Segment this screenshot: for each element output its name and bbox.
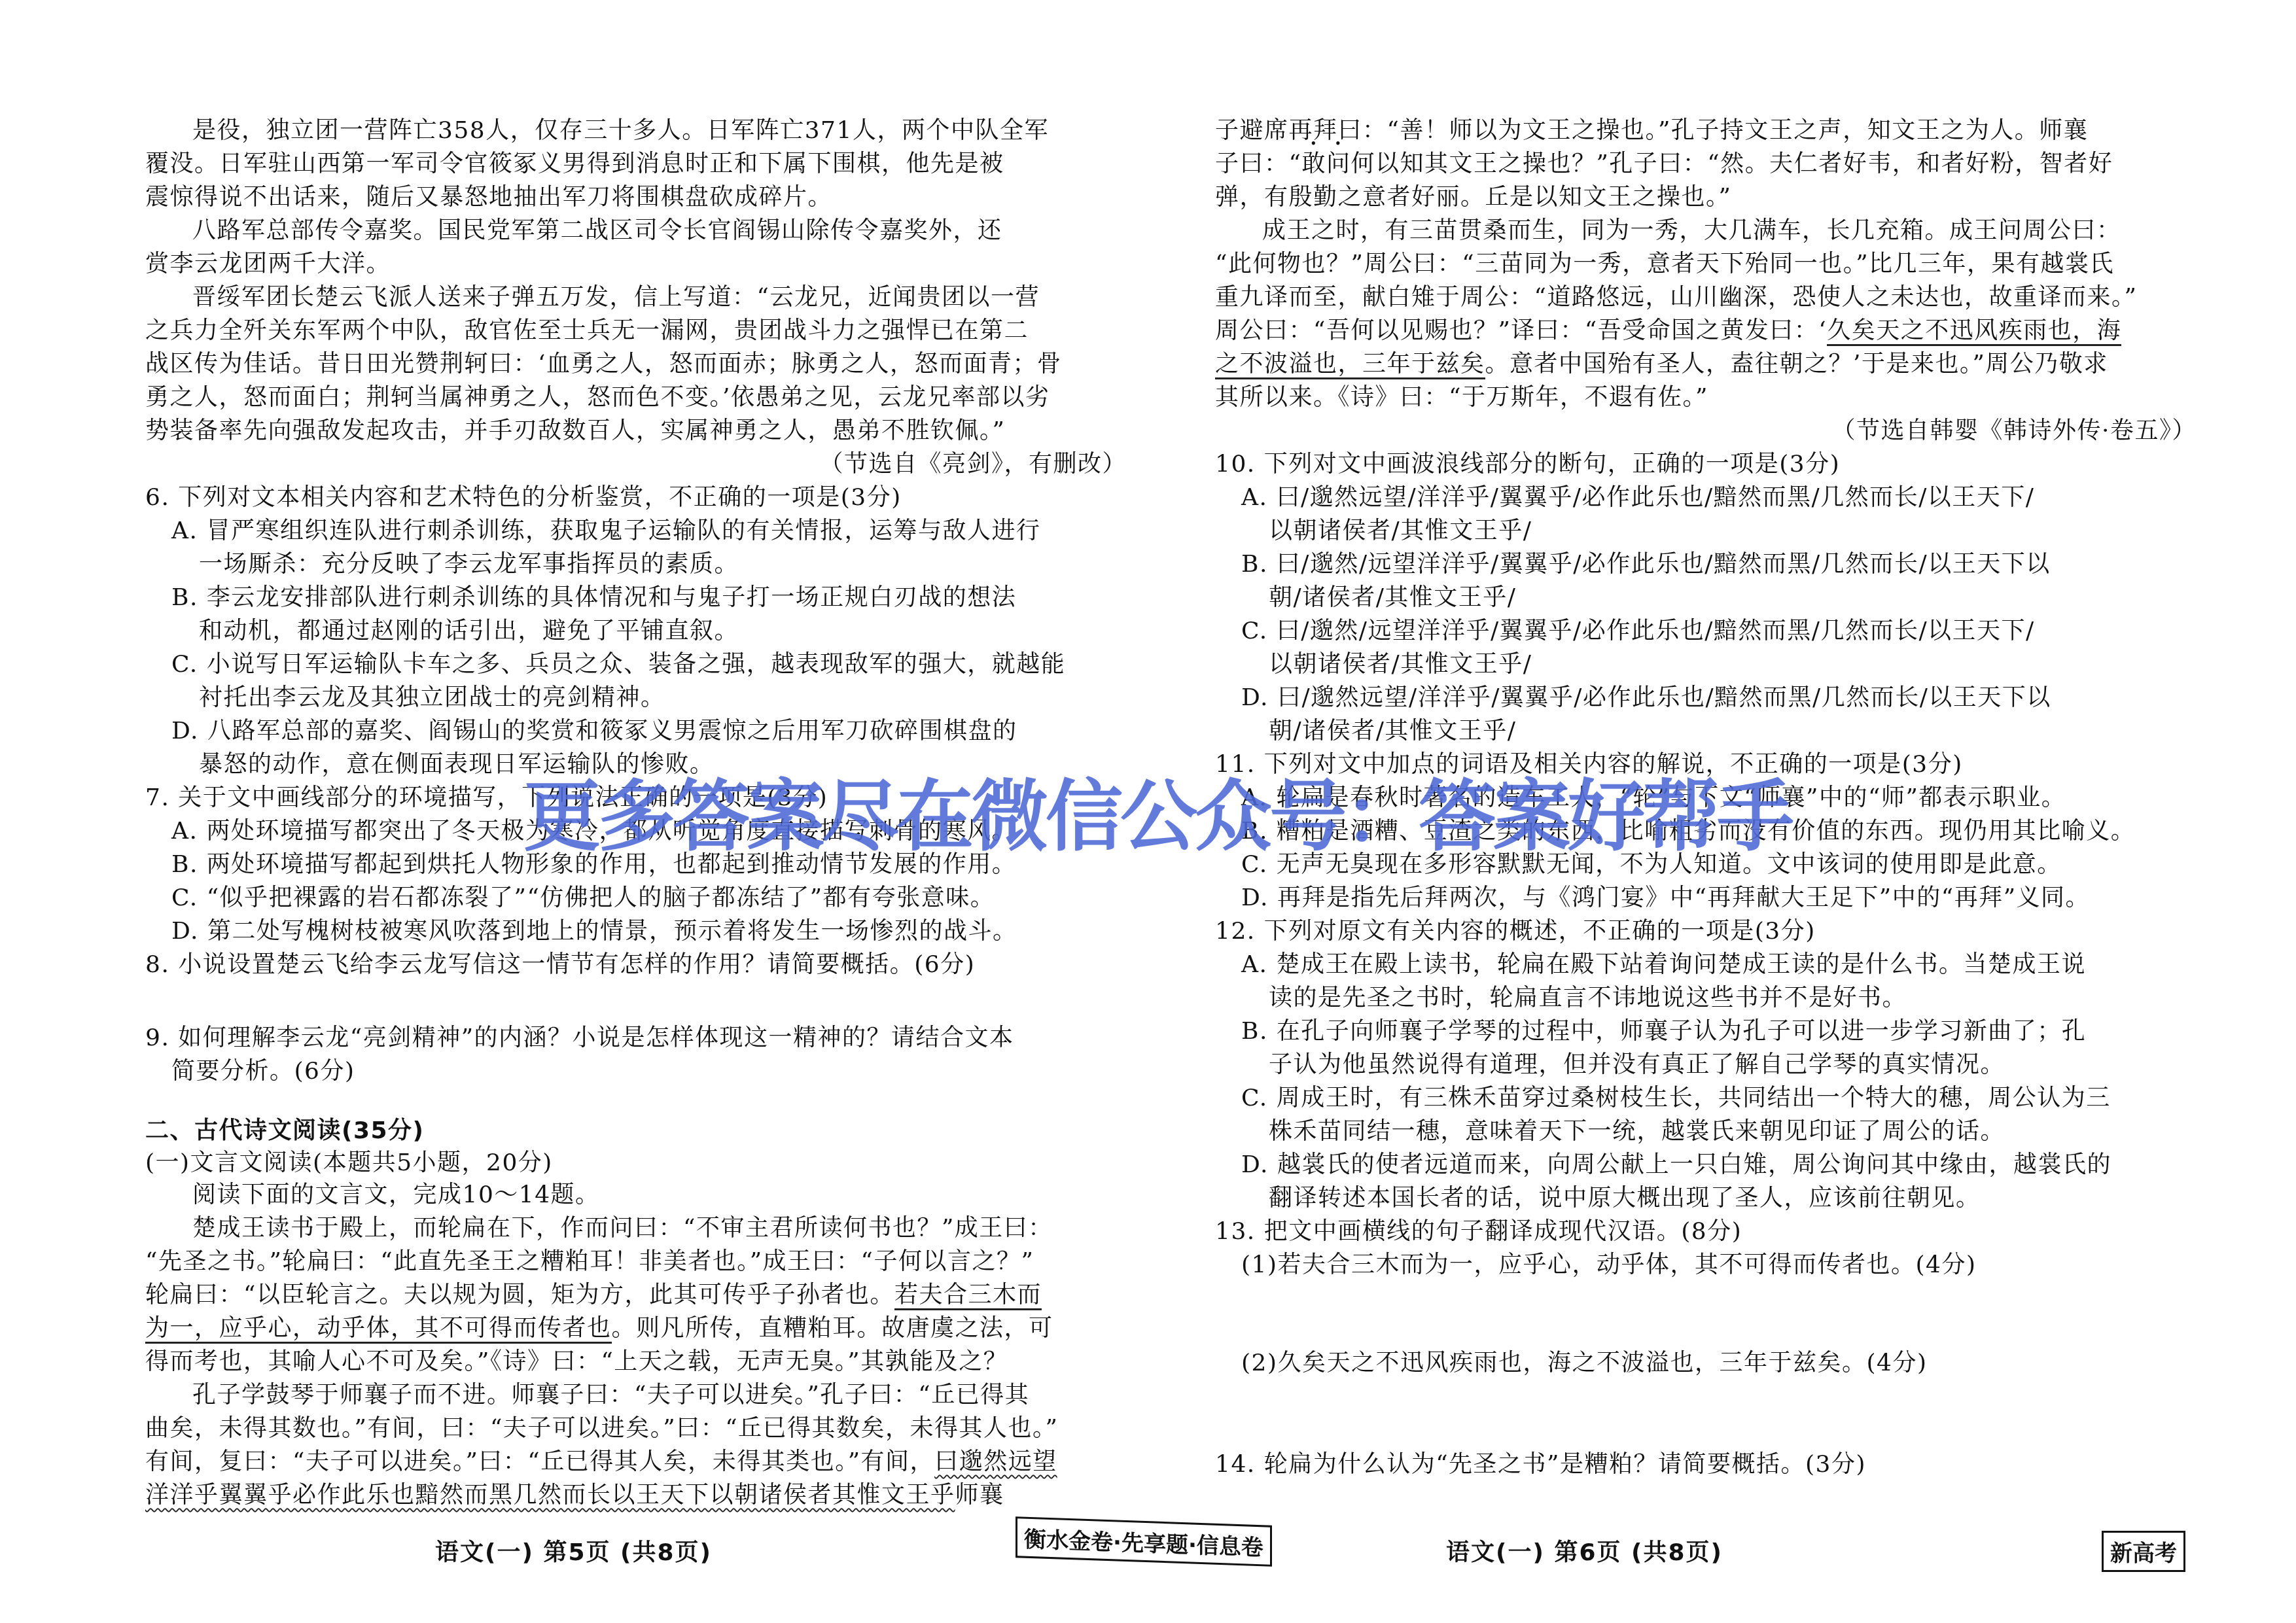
classical-line: 为一，应乎心，动乎体，其不可得而传者也。则凡所传，直糟粕耳。故唐虞之法，可 [145,1313,1053,1344]
section-title: 二、古代诗文阅读(35分) [145,1115,425,1147]
question-10-option-d: D. 曰/邈然远望/洋洋乎/翼翼乎/必作此乐也/黯然而黑/几然而长/以王天下以 [1215,682,2051,714]
classical-line: “此何物也？”周公曰：“三苗同为一秀，意者天下殆同一也。”比几三年，果有越裳氏 [1215,249,2114,280]
dotted-word: 敢 [1301,150,1326,177]
question-12-option-a: A. 楚成王在殿上读书，轮扁在殿下站着询问楚成王读的是什么书。当楚成王说 [1215,949,2086,981]
classical-text: 子曰：“ [1215,150,1301,177]
question-11-option-d: D. 再拜是指先后拜两次，与《鸿门宴》中“再拜献大王足下”中的“再拜”义同。 [1215,882,2090,914]
passage-source: （节选自《亮剑》，有删改） [819,449,1127,480]
classical-text: 师襄 [955,1482,1004,1509]
passage-line: 覆没。日军驻山西第一军司令官筱冢义男得到消息时正和下属下围棋，他先是被 [145,148,1004,180]
classical-text: 有间，复曰：“夫子可以进矣。”曰：“丘已得其人矣，未得其类也。”有间， [145,1448,934,1475]
classical-line: 之不波溢也，三年于兹矣。意者中国殆有圣人，盍往朝之？’于是来也。”周公乃敬求 [1215,349,2108,380]
question-6-option-a-cont: 一场厮杀：充分反映了李云龙军事指挥员的素质。 [145,549,739,580]
section-subtitle: (一)文言文阅读(本题共5小题，20分) [145,1147,553,1179]
passage-line: 是役，独立团一营阵亡358人，仅存三十多人。日军阵亡371人，两个中队全军 [145,115,1049,147]
page-footer-right: 语文(一) 第6页 (共8页) [1446,1534,1723,1567]
passage-line: 势装备率先向强敌发起攻击，并手刃敌数百人，实属神勇之人，愚弟不胜钦佩。” [145,415,1005,447]
classical-line: 成王之时，有三苗贯桑而生，同为一秀，大几满车，长几充箱。成王问周公曰： [1215,215,2121,247]
question-10-option-a-cont: 以朝诸侯者/其惟文王乎/ [1215,515,1532,547]
question-10-stem: 10. 下列对文中画波浪线部分的断句，正确的一项是(3分) [1215,449,1840,480]
wavy-underlined-text: 曰邈然远望 [934,1448,1057,1475]
classical-line: 弹，有殷勤之意者好丽。丘是以知文王之操也。” [1215,182,1731,213]
classical-text: 周公曰：“吾何以见赐也？”译曰：“吾受命国之黄发曰：‘ [1215,317,1827,344]
question-14-stem: 14. 轮扁为什么认为“先圣之书”是糟粕？请简要概括。(3分) [1215,1449,1866,1480]
classical-line: 洋洋乎翼翼乎必作此乐也黯然而黑几然而长以王天下以朝诸侯者其惟文王乎师襄 [145,1480,1004,1511]
passage-line: 战区传为佳话。昔日田光赞荆轲曰：‘血勇之人，怒而面赤；脉勇之人，怒而面青；骨 [145,349,1061,380]
classical-line: 轮扁曰：“以臣轮言之。夫以规为圆，矩为方，此其可传乎子孙者也。若夫合三木而 [145,1280,1042,1311]
classical-line: 其所以来。《诗》曰：“于万斯年，不遐有佐。” [1215,382,1708,413]
underlined-sentence: 久矣天之不迅风疾雨也，海 [1827,317,2121,346]
question-7-option-c: C. “似乎把裸露的岩石都冻裂了”“仿佛把人的脑子都冻结了”都有夸张意味。 [145,882,995,914]
page-footer-left: 语文(一) 第5页 (共8页) [435,1534,712,1567]
passage-line: 晋绥军团长楚云飞派人送来子弹五万发，信上写道：“云龙兄，近闻贵团以一营 [145,282,1040,313]
underlined-sentence: 之不波溢也，三年于兹矣 [1215,351,1485,379]
exam-type-badge: 新高考 [2102,1531,2185,1572]
passage-line: 赏李云龙团两千大洋。 [145,249,391,280]
question-6-option-a: A. 冒严寒组织连队进行刺杀训练，获取鬼子运输队的有关情报，运筹与敌人进行 [145,515,1040,547]
question-12-option-d-cont: 翻译转述本国长者的话，说中原大概出现了圣人，应该前往朝见。 [1215,1183,1981,1214]
classical-line: 得而考也，其喻人心不可及矣。”《诗》曰：“上天之载，无声无臭。”其孰能及之？ [145,1346,1008,1378]
question-13-sub-2: (2)久矣天之不迅风疾雨也，海之不波溢也，三年于兹矣。(4分) [1215,1348,1928,1379]
question-10-option-b: B. 曰/邈然/远望洋洋乎/翼翼乎/必作此乐也/黯然而黑/几然而长/以王天下以 [1215,549,2051,580]
question-12-option-c: C. 周成王时，有三株禾苗穿过桑树枝生长，共同结出一个特大的穗，周公认为三 [1215,1083,2111,1114]
classical-line: “先圣之书。”轮扁曰：“此直先圣王之糟粕耳！非美者也。”成王曰：“子何以言之？” [145,1246,1034,1278]
section-instruction: 阅读下面的文言文，完成10～14题。 [145,1179,600,1211]
publisher-badge: 衡水金卷·先享题·信息卷 [1016,1516,1272,1567]
question-9-stem-cont: 简要分析。(6分) [145,1056,355,1087]
classical-text: 轮扁曰：“以臣轮言之。夫以规为圆，矩为方，此其可传乎子孙者也。 [145,1282,894,1308]
classical-source: （节选自韩婴《韩诗外传·卷五》） [1832,415,2197,447]
question-6-option-b-cont: 和动机，都通过赵刚的话引出，避免了平铺直叙。 [145,616,739,647]
question-10-option-c-cont: 以朝诸侯者/其惟文王乎/ [1215,649,1532,680]
question-7-option-d: D. 第二处写槐树枝被寒风吹落到地上的情景，预示着将发生一场惨烈的战斗。 [145,916,1017,947]
question-6-stem: 6. 下列对文本相关内容和艺术特色的分析鉴赏，不正确的一项是(3分) [145,482,902,514]
question-6-option-b: B. 李云龙安排部队进行刺杀训练的具体情况和与鬼子打一场正规白刃战的想法 [145,582,1016,614]
watermark-text: 更多答案尽在微信公众号：答案好帮手 [523,771,1792,862]
classical-line: 重九译而至，献白雉于周公：“道路悠远，山川幽深，恐使人之未达也，故重译而来。” [1215,282,2137,313]
question-13-stem: 13. 把文中画横线的句子翻译成现代汉语。(8分) [1215,1216,1742,1248]
question-12-option-b-cont: 子认为他虽然说得有道理，但并没有真正了解自己学琴的真实情况。 [1215,1049,2005,1081]
question-13-sub-1: (1)若夫合三木而为一，应乎心，动乎体，其不可得而传者也。(4分) [1215,1249,1977,1281]
dotted-word: 问 [1326,150,1351,177]
classical-line: 周公曰：“吾何以见赐也？”译曰：“吾受命国之黄发曰：‘久矣天之不迅风疾雨也，海 [1215,315,2121,347]
question-8-stem: 8. 小说设置楚云飞给李云龙写信这一情节有怎样的作用？请简要概括。(6分) [145,949,975,981]
underlined-sentence: 为一，应乎心，动乎体，其不可得而传者也 [145,1315,612,1344]
question-12-option-b: B. 在孔子向师襄子学琴的过程中，师襄子认为孔子可以进一步学习新曲了；孔 [1215,1016,2086,1047]
question-12-option-d: D. 越裳氏的使者远道而来，向周公献上一只白雉，周公询问其中缘由，越裳氏的 [1215,1149,2111,1181]
question-6-option-c-cont: 衬托出李云龙及其独立团战士的亮剑精神。 [145,682,665,714]
passage-line: 勇之人，怒而面白；荆轲当属神勇之人，怒而色不变。’依愚弟之见，云龙兄率部以劣 [145,382,1050,413]
question-10-option-c: C. 曰/邈然/远望洋洋乎/翼翼乎/必作此乐也/黯然而黑/几然而长/以王天下/ [1215,616,2035,647]
question-12-option-c-cont: 株禾苗同结一穗，意味着天下一统，越裳氏来朝见印证了周公的话。 [1215,1116,2005,1147]
classical-line: 曲矣，未得其数也。”有间，曰：“夫子可以进矣。”曰：“丘已得其数矣，未得其人也。… [145,1413,1059,1444]
wavy-underlined-text: 洋洋乎翼翼乎必作此乐也黯然而黑几然而长以王天下以朝诸侯者其惟文王乎 [145,1482,955,1509]
classical-text: 。意者中国殆有圣人，盍往朝之？’于是来也。”周公乃敬求 [1485,351,2108,377]
question-12-option-a-cont: 读的是先圣之书时，轮扁直言不讳地说这些书并不是好书。 [1215,983,1907,1014]
question-12-stem: 12. 下列对原文有关内容的概述，不正确的一项是(3分) [1215,916,1816,947]
classical-text: 。则凡所传，直糟粕耳。故唐虞之法，可 [612,1315,1053,1342]
passage-line: 震惊得说不出话来，随后又暴怒地抽出军刀将围棋盘砍成碎片。 [145,182,832,213]
question-6-option-c: C. 小说写日军运输队卡车之多、兵员之众、装备之强，越表现敌军的强大，就越能 [145,649,1065,680]
question-10-option-a: A. 曰/邈然远望/洋洋乎/翼翼乎/必作此乐也/黯然而黑/几然而长/以王天下/ [1215,482,2034,514]
question-10-option-d-cont: 朝/诸侯者/其惟文王乎/ [1215,716,1516,747]
classical-line: 楚成王读书于殿上，而轮扁在下，作而问曰：“不审主君所读何书也？”成王曰： [145,1213,1053,1244]
underlined-sentence: 若夫合三木而 [894,1282,1042,1310]
question-6-option-d: D. 八路军总部的嘉奖、阎锡山的奖赏和筱冢义男震惊之后用军刀砍碎围棋盘的 [145,716,1017,747]
passage-line: 之兵力全歼关东军两个中队，敌官佐至士兵无一漏网，贵团战斗力之强悍已在第二 [145,315,1029,347]
classical-line: 子曰：“敢问何以知其文王之操也？”孔子曰：“然。夫仁者好韦，和者好粉，智者好 [1215,148,2113,180]
question-10-option-b-cont: 朝/诸侯者/其惟文王乎/ [1215,582,1516,614]
classical-line: 子避席再拜曰：“善！师以为文王之操也。”孔子持文王之声，知文王之为人。师襄 [1215,115,2088,147]
classical-line: 有间，复曰：“夫子可以进矣。”曰：“丘已得其人矣，未得其类也。”有间，曰邈然远望 [145,1446,1057,1478]
classical-line: 孔子学鼓琴于师襄子而不进。师襄子曰：“夫子可以进矣。”孔子曰：“丘已得其 [145,1380,1029,1411]
question-9-stem: 9. 如何理解李云龙“亮剑精神”的内涵？小说是怎样体现这一精神的？请结合文本 [145,1022,1014,1054]
classical-text: 何以知其文王之操也？”孔子曰：“然。夫仁者好韦，和者好粉，智者好 [1351,150,2113,177]
passage-line: 八路军总部传令嘉奖。国民党军第二战区司令长官阎锡山除传令嘉奖外，还 [145,215,1002,247]
